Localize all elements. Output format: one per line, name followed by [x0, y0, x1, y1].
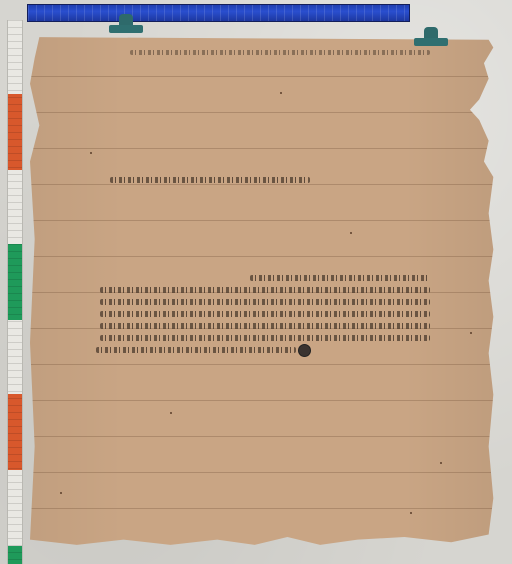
manuscript-paper	[30, 32, 498, 550]
top-ruler	[27, 4, 410, 22]
header-annotation-line	[130, 50, 430, 55]
right-binder-clip	[414, 27, 448, 49]
body-line-5	[100, 323, 430, 329]
side-measuring-tape	[7, 20, 23, 564]
body-line-1	[250, 275, 430, 281]
body-line-7	[96, 347, 296, 353]
body-line-2	[100, 287, 430, 293]
body-line-3	[100, 299, 430, 305]
seal-stamp	[298, 344, 311, 357]
address-line	[110, 177, 310, 183]
body-line-4	[100, 311, 430, 317]
left-binder-clip	[109, 14, 143, 36]
body-line-6	[100, 335, 430, 341]
